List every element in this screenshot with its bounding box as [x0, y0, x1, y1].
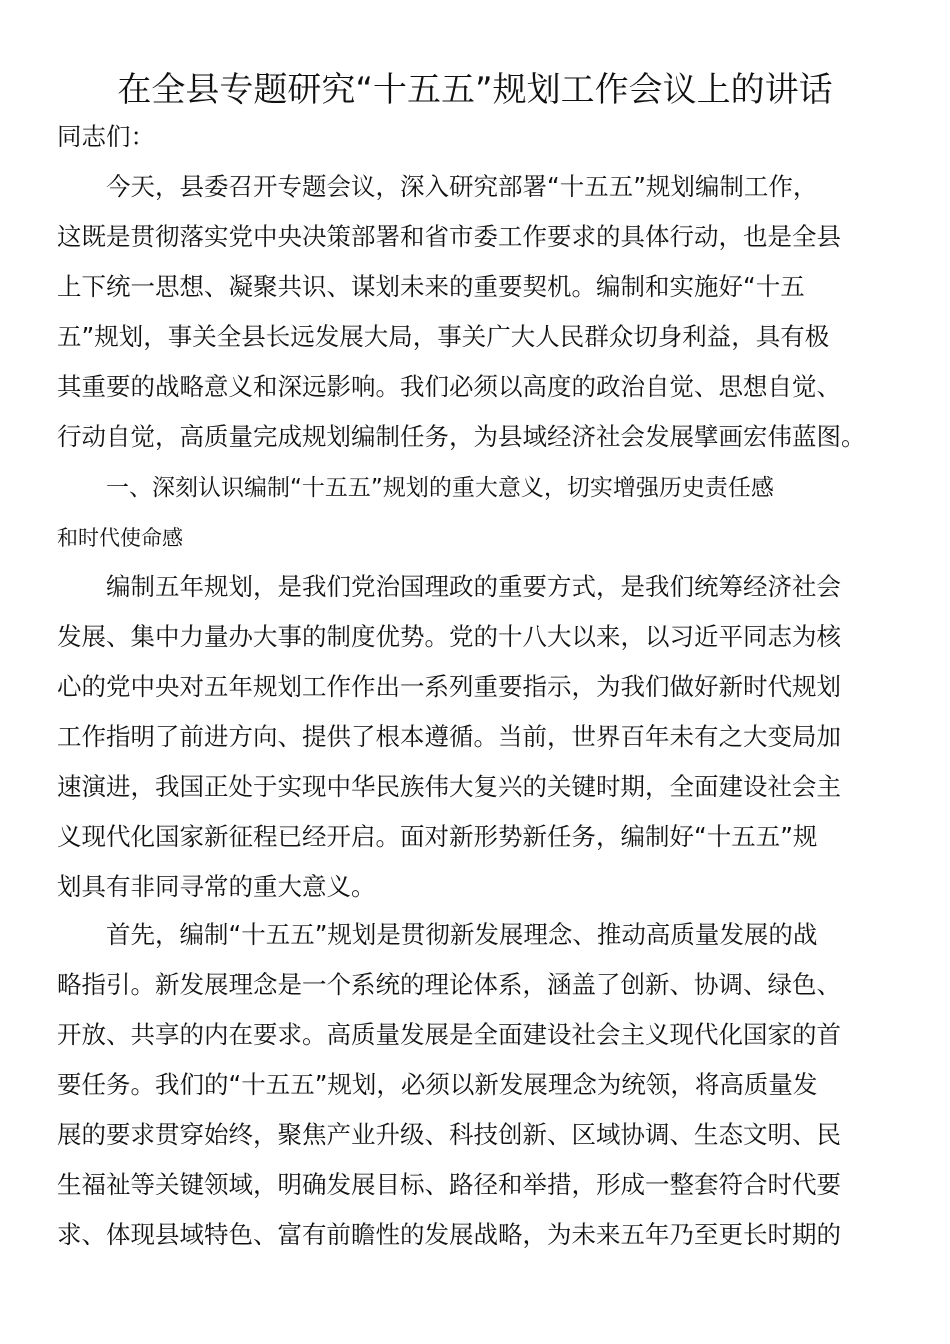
salutation: 同志们： [57, 120, 155, 154]
paragraph-2-line-2: 发展、集中力量办大事的制度优势。党的十八大以来，以习近平同志为核 [57, 620, 841, 654]
paragraph-3-line-1: 首先，编制“十五五”规划是贯彻新发展理念、推动高质量发展的战 [106, 918, 817, 952]
paragraph-1-line-2: 这既是贯彻落实党中央决策部署和省市委工作要求的具体行动，也是全县 [57, 220, 841, 254]
paragraph-1-line-1: 今天，县委召开专题会议，深入研究部署“十五五”规划编制工作， [106, 170, 817, 204]
paragraph-1-line-6: 行动自觉，高质量完成规划编制任务，为县域经济社会发展擘画宏伟蓝图。 [57, 420, 866, 454]
section-heading-1-line-1: 一、深刻认识编制“十五五”规划的重大意义，切实增强历史责任感 [106, 471, 774, 505]
paragraph-2-line-7: 划具有非同寻常的重大意义。 [57, 870, 376, 904]
document-title: 在全县专题研究“十五五”规划工作会议上的讲话 [0, 66, 950, 114]
paragraph-2-line-4: 工作指明了前进方向、提供了根本遵循。当前，世界百年未有之大变局加 [57, 720, 841, 754]
paragraph-2-line-6: 义现代化国家新征程已经开启。面对新形势新任务，编制好“十五五”规 [57, 820, 817, 854]
paragraph-3-line-3: 开放、共享的内在要求。高质量发展是全面建设社会主义现代化国家的首 [57, 1018, 841, 1052]
paragraph-3-line-2: 略指引。新发展理念是一个系统的理论体系，涵盖了创新、协调、绿色、 [57, 968, 841, 1002]
paragraph-2-line-3: 心的党中央对五年规划工作作出一系列重要指示，为我们做好新时代规划 [57, 670, 841, 704]
paragraph-3-line-6: 生福祉等关键领域，明确发展目标、路径和举措，形成一整套符合时代要 [57, 1168, 841, 1202]
paragraph-3-line-7: 求、体现县域特色、富有前瞻性的发展战略，为未来五年乃至更长时期的 [57, 1218, 841, 1252]
paragraph-3-line-5: 展的要求贯穿始终，聚焦产业升级、科技创新、区域协调、生态文明、民 [57, 1118, 841, 1152]
paragraph-1-line-4: 五”规划，事关全县长远发展大局，事关广大人民群众切身利益，具有极 [57, 320, 829, 354]
paragraph-3-line-4: 要任务。我们的“十五五”规划，必须以新发展理念为统领，将高质量发 [57, 1068, 817, 1102]
paragraph-2-line-1: 编制五年规划，是我们党治国理政的重要方式，是我们统筹经济社会 [106, 570, 841, 604]
section-heading-1-line-2: 和时代使命感 [57, 521, 183, 555]
paragraph-2-line-5: 速演进，我国正处于实现中华民族伟大复兴的关键时期，全面建设社会主 [57, 770, 841, 804]
paragraph-1-line-3: 上下统一思想、凝聚共识、谋划未来的重要契机。编制和实施好“十五 [57, 270, 805, 304]
document-page: 在全县专题研究“十五五”规划工作会议上的讲话 同志们： 今天，县委召开专题会议，… [0, 0, 950, 1344]
paragraph-1-line-5: 其重要的战略意义和深远影响。我们必须以高度的政治自觉、思想自觉、 [57, 370, 841, 404]
